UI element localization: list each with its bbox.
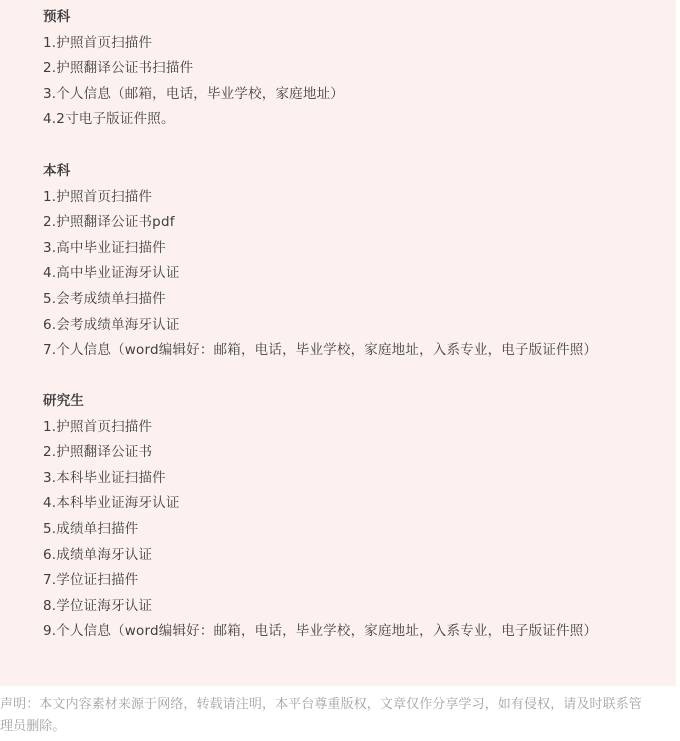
list-item: 4.2寸电子版证件照。 — [43, 107, 344, 133]
list-item: 7.学位证扫描件 — [43, 568, 597, 594]
list-item: 4.本科毕业证海牙认证 — [43, 491, 597, 517]
section-benke: 本科 1.护照首页扫描件 2.护照翻译公证书pdf 3.高中毕业证扫描件 4.高… — [43, 159, 597, 364]
list-item: 5.会考成绩单扫描件 — [43, 287, 597, 313]
list-item: 8.学位证海牙认证 — [43, 594, 597, 620]
list-item: 7.个人信息（word编辑好：邮箱，电话，毕业学校，家庭地址，入系专业，电子版证… — [43, 338, 597, 364]
disclaimer-line-2: 理员删除。 — [0, 716, 680, 738]
section-title: 研究生 — [43, 389, 597, 415]
list-item: 3.高中毕业证扫描件 — [43, 236, 597, 262]
list-item: 3.本科毕业证扫描件 — [43, 466, 597, 492]
section-title: 预科 — [43, 5, 344, 31]
list-item: 3.个人信息（邮箱，电话，毕业学校，家庭地址） — [43, 82, 344, 108]
list-item: 1.护照首页扫描件 — [43, 31, 344, 57]
list-item: 6.会考成绩单海牙认证 — [43, 313, 597, 339]
list-item: 9.个人信息（word编辑好：邮箱，电话，毕业学校，家庭地址，入系专业，电子版证… — [43, 619, 597, 645]
section-yanjiusheng: 研究生 1.护照首页扫描件 2.护照翻译公证书 3.本科毕业证扫描件 4.本科毕… — [43, 389, 597, 645]
list-item: 1.护照首页扫描件 — [43, 415, 597, 441]
list-item: 5.成绩单扫描件 — [43, 517, 597, 543]
list-item: 2.护照翻译公证书扫描件 — [43, 56, 344, 82]
disclaimer: 声明：本文内容素材来源于网络，转载请注明，本平台尊重版权，文章仅作分享学习，如有… — [0, 694, 680, 738]
list-item: 6.成绩单海牙认证 — [43, 543, 597, 569]
list-item: 2.护照翻译公证书pdf — [43, 210, 597, 236]
content-box: 预科 1.护照首页扫描件 2.护照翻译公证书扫描件 3.个人信息（邮箱，电话，毕… — [0, 0, 676, 686]
list-item: 2.护照翻译公证书 — [43, 440, 597, 466]
list-item: 1.护照首页扫描件 — [43, 185, 597, 211]
section-yuke: 预科 1.护照首页扫描件 2.护照翻译公证书扫描件 3.个人信息（邮箱，电话，毕… — [43, 5, 344, 133]
disclaimer-line-1: 声明：本文内容素材来源于网络，转载请注明，本平台尊重版权，文章仅作分享学习，如有… — [0, 694, 680, 716]
section-title: 本科 — [43, 159, 597, 185]
list-item: 4.高中毕业证海牙认证 — [43, 261, 597, 287]
